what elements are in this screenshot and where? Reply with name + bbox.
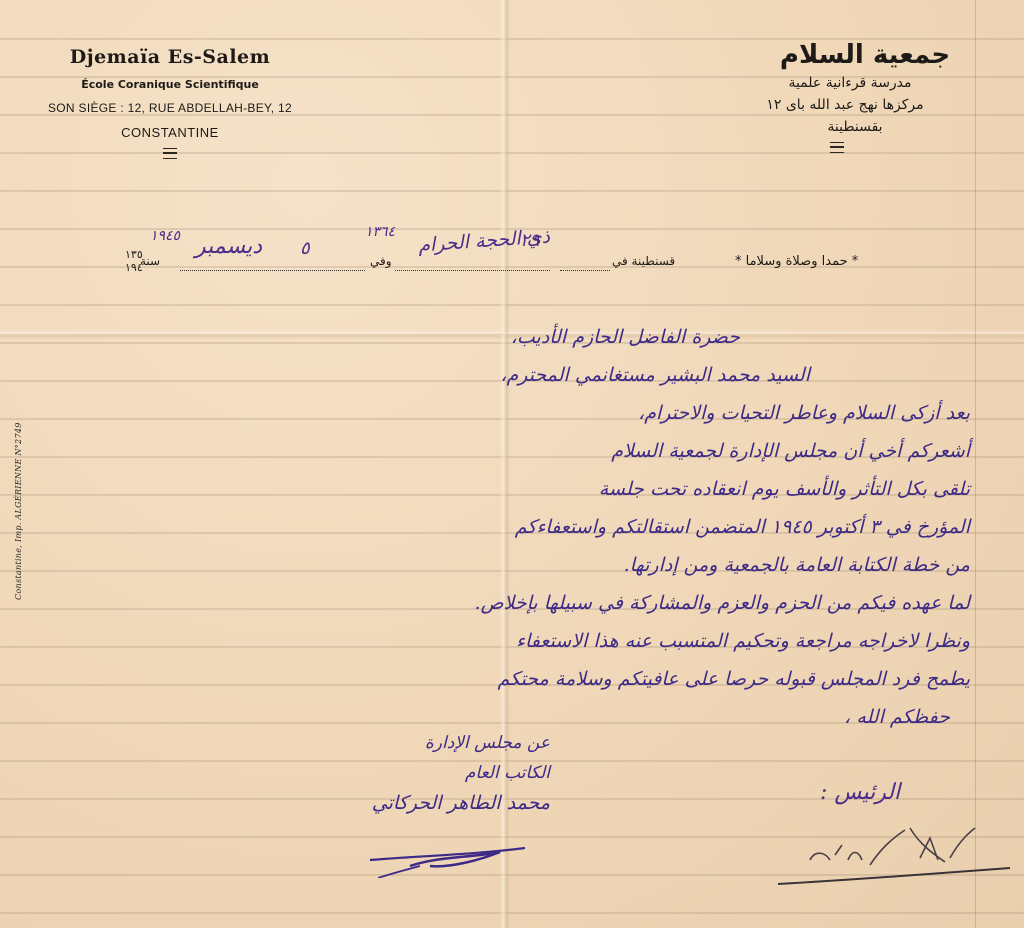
secretary-signature-icon: [360, 808, 560, 878]
triple-bar-ornament-icon: [830, 142, 844, 153]
recipient-line: السيد محمد البشير مستغانمي المحترم،: [230, 356, 810, 394]
organization-name-arabic: جمعية السلام: [740, 40, 990, 70]
hijri-month: ذي الحجة الحرام: [417, 225, 550, 256]
year-label: سنة: [140, 254, 160, 268]
greg-year: ١٩٤٥: [150, 228, 180, 244]
president-label: الرئيس :: [820, 780, 900, 805]
body-line: تلقى بكل التأثر والأسف يوم انعقاده تحت ج…: [230, 470, 970, 508]
organization-address: SON SIÈGE : 12, RUE ABDELLAH-BEY, 12: [20, 101, 320, 115]
body-line: المؤرخ في ٣ أكتوبر ١٩٤٥ المتضمن استقالتك…: [230, 508, 970, 546]
organization-subtitle: École Coranique Scientifique: [20, 78, 320, 91]
council-signature-block: عن مجلس الإدارة الكاتب العام محمد الطاهر…: [350, 728, 550, 818]
hijri-year: ١٣٦٤: [365, 224, 395, 240]
body-line: من خطة الكتابة العامة بالجمعية ومن إدارت…: [230, 546, 970, 584]
letterhead-arabic: جمعية السلام مدرسة قرءانية علمية مركزها …: [700, 40, 990, 153]
year-prefix-printed: ١٣٥ ١٩٤: [125, 248, 143, 274]
body-line: بعد أزكى السلام وعاطر التحيات والاحترام،: [230, 394, 970, 432]
council-line: الكاتب العام: [350, 758, 550, 788]
date-line: * حمدا وصلاة وسلاما * قسنطينة في وفي سنة…: [0, 228, 1024, 288]
dotted-fill-line: [560, 270, 610, 271]
salutation-line: حضرة الفاضل الحازم الأديب،: [230, 318, 740, 356]
organization-subtitle-arabic: مدرسة قرءانية علمية: [710, 72, 990, 94]
triple-bar-ornament-icon: [163, 148, 177, 159]
body-line: يطمح فرد المجلس قبوله حرصا على عافيتكم و…: [230, 660, 970, 698]
closing-line: حفظكم الله ،: [230, 698, 950, 736]
greg-year-prefix: ١٩٤: [125, 261, 143, 274]
president-signature-icon: [770, 810, 1020, 890]
body-line: ونظرا لاخراجه مراجعة وتحكيم المتسبب عنه …: [230, 622, 970, 660]
greg-day: ٥: [300, 238, 310, 259]
fi-label: وفي: [370, 254, 392, 268]
greeting-formula: * حمدا وصلاة وسلاما *: [735, 254, 858, 269]
dotted-fill-line: [395, 270, 550, 271]
printer-imprint: Constantine, Imp. ALGÉRIENNE N°2749: [14, 422, 23, 600]
council-line: عن مجلس الإدارة: [350, 728, 550, 758]
letterhead-french: Djemaïa Es-Salem École Coranique Scienti…: [20, 46, 320, 159]
organization-city: CONSTANTINE: [20, 125, 320, 140]
organization-address-arabic: مركزها نهج عبد الله باى ١٢: [700, 94, 990, 116]
body-line: أشعركم أخي أن مجلس الإدارة لجمعية السلام: [230, 432, 970, 470]
organization-name: Djemaïa Es-Salem: [20, 46, 320, 68]
organization-city-arabic: بقسنطينة: [720, 116, 990, 138]
letter-body: حضرة الفاضل الحازم الأديب، السيد محمد ال…: [230, 318, 970, 736]
city-date-label: قسنطينة في: [612, 254, 675, 268]
dotted-fill-line: [180, 270, 365, 271]
greg-month: ديسمبر: [195, 234, 262, 259]
letter-page: Djemaïa Es-Salem École Coranique Scienti…: [0, 0, 1024, 928]
body-line: لما عهده فيكم من الحزم والعزم والمشاركة …: [230, 584, 970, 622]
hijri-year-prefix: ١٣٥: [125, 248, 143, 261]
